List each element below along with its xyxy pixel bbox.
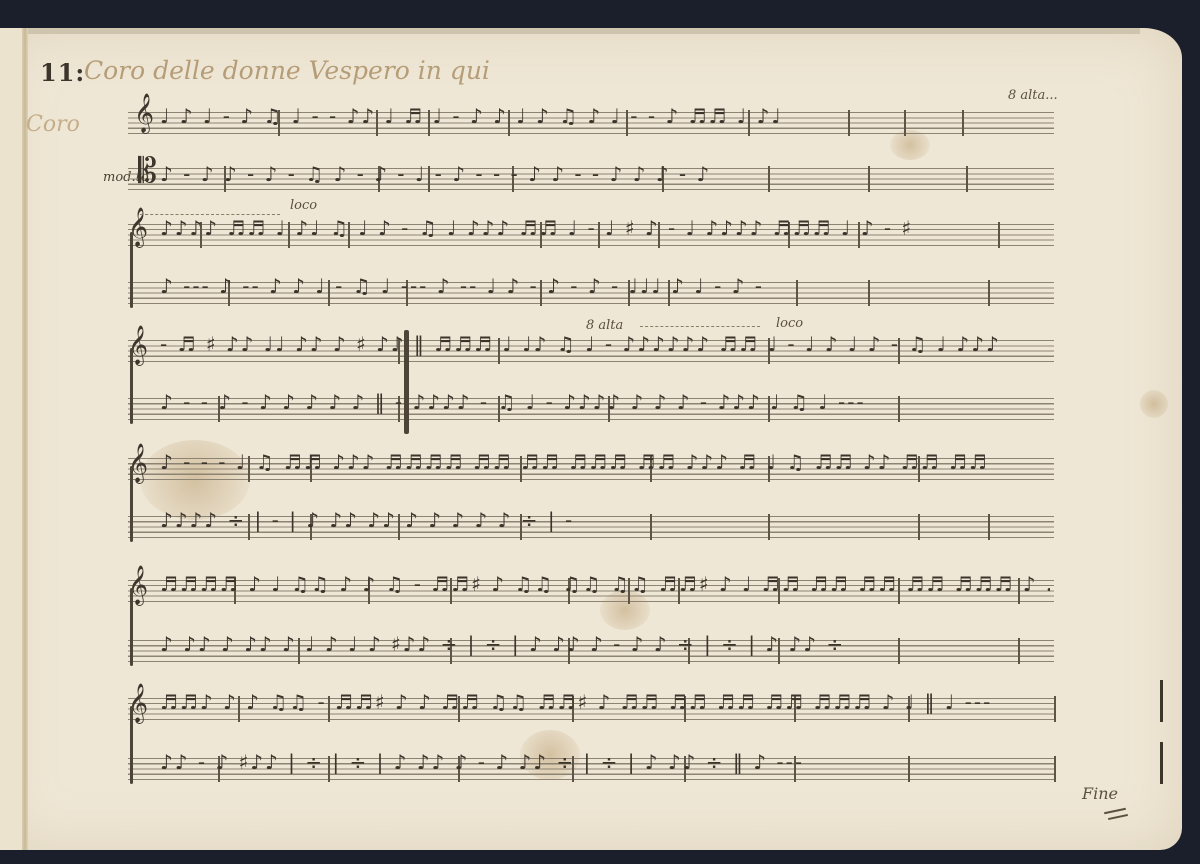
piece-number: 11: [40, 58, 85, 87]
water-stain [1140, 390, 1168, 418]
notes-staff: ♪ ‐ ‐ ♪ ‐ ♪ ♪ ♪ ♪ ♪ ‖ ‐ ♪♪♪♪ ‐ ♫ ♩ ‐ ♪♪♪… [160, 390, 1050, 420]
octave-alta-annotation: 8 alta [586, 318, 623, 333]
previous-leaf-edge [0, 28, 22, 850]
notes-staff: ♩ ♪ ♩ ‐ ♪ ♫ ♩ ‐ ‐ ♪♪ ♩ ♬ ♩ ‐ ♪ ♪ ♩ ♪ ♫ ♪… [160, 104, 1050, 134]
notes-staff: ♬♬♬♬ ♪ ♩ ♫♫ ♪ ♪ ♫ ‐ ♬♬♯ ♪ ♫♫ ♫♫ ♫♫ ♬♬♯ ♪… [160, 572, 1050, 602]
system-bracket [130, 232, 133, 308]
notes-staff: ♬♬♪ ♪ ♪ ♫♫ ‐ ♬♬♯ ♪ ♪ ♬♬ ♫♫ ♬♬♯ ♪ ♬♬ ♬♬ ♬… [160, 690, 1050, 720]
loco-annotation: loco [776, 316, 803, 331]
system-bracket [130, 706, 133, 784]
piece-title: Coro delle donne Vespero in qui [84, 56, 490, 85]
notes-staff: ♪ ♪♪ ♪ ♪♪ ♪ ♩ ♪ ♩ ♪ ♯♪♪ ÷ | ÷ | ♪ ♪♪ ♪ ‐… [160, 632, 1050, 662]
octave-dashed-line [140, 214, 280, 216]
treble-clef-icon: 𝄞 [134, 96, 154, 130]
fine-annotation: Fine [1082, 784, 1118, 803]
system-bracket [130, 588, 133, 666]
manuscript-page [0, 28, 1182, 850]
notes-staff: ♪♪ ‐ ♪ ♯♪♪ | ÷ | ÷ | ♪ ♪♪ ♪ ‐ ♪ ♪♪ ÷ | ÷… [160, 750, 1050, 780]
loco-annotation: loco [290, 198, 317, 213]
notes-staff: ♪♪♪♪ ÷ | ‐ | ♪ ♪♪ ♪♪ ♪ ♪ ♪ ♪ ♪ ÷ | ‐ [160, 508, 1050, 538]
system-bracket [130, 348, 133, 424]
margin-label: Coro [26, 112, 80, 137]
system-bracket [130, 466, 133, 542]
notes-staff: ‐ ♬ ♯ ♪♪ ♩♩ ♪♪ ♪ ♯ ♪♪ ‖ ♬♬♬ ♩ ♩♪ ♫ ♩ ‐ ♪… [160, 332, 1050, 362]
notes-staff: ♪ ‐ ♪ ♪ ‐ ♪ ‐ ♫ ♪ ‐ ♪ ‐ ♩ ‐ ♪ ‐ ‐ ‐ ♪ ♪ … [160, 162, 1050, 192]
binding-gutter [22, 28, 28, 850]
notes-staff: ♪♪♪♪ ♬♬ ♩ ♪♩ ♫ ♩ ♪ ‐ ♫ ♩ ♪♪♪ ♬♬ ♩ ‐ ♩ ♯ … [160, 216, 1050, 246]
octave-dashed-line [640, 326, 760, 328]
page-top-edge [0, 28, 1140, 34]
c-clef-icon: 𝄡 [138, 154, 157, 188]
notes-staff: ♪ ‐ ‐ ‐ ♩ ♫ ♬♬ ♪♪♪ ♬♬♬♬ ♬♬ ♬♬ ♬♬♬ ♬♬ ♪♪♪… [160, 450, 1050, 480]
water-stain [890, 130, 930, 160]
octave-alta-annotation: 8 alta... [1008, 88, 1058, 103]
notes-staff: ♪ ‐‐‐ ♪ ‐‐ ♪ ♪ ♩ ‐ ♫ ♩ ‐‐‐ ♪ ‐‐ ♩ ♪ ‐ ♪ … [160, 274, 1050, 304]
final-barline [1160, 742, 1163, 784]
final-barline [1160, 680, 1163, 722]
